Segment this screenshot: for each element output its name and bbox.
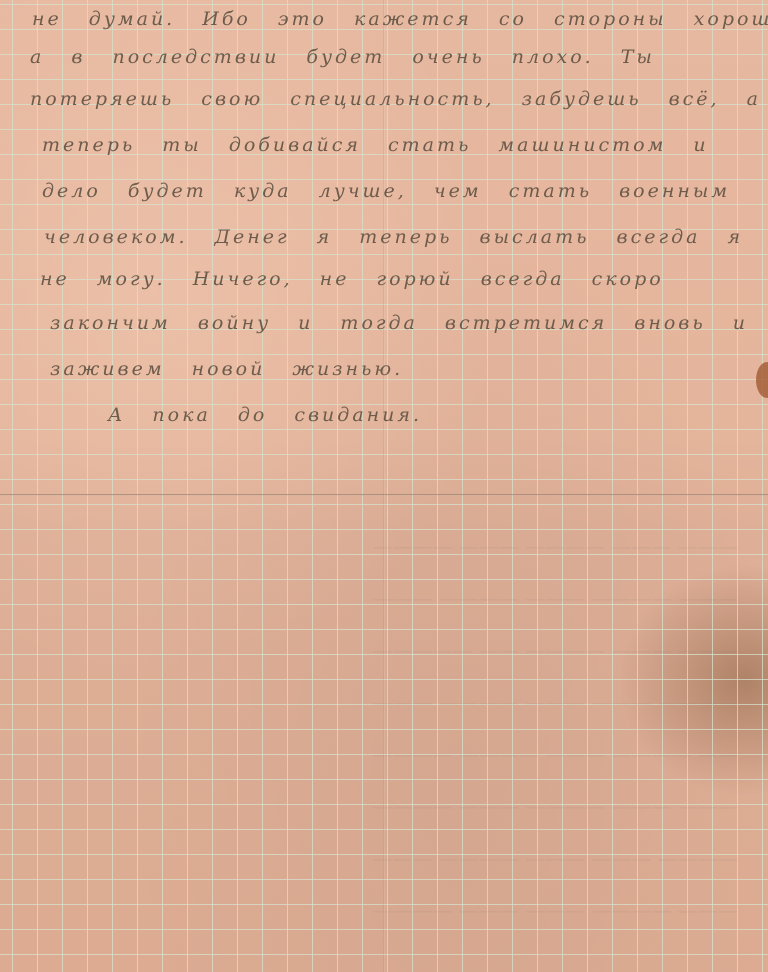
text-line-9: заживем новой жизнью.	[50, 358, 403, 380]
text-line-6: человеком. Денег я теперь выслать всегда…	[44, 226, 743, 248]
text-line-8: закончим войну и тогда встретимся вновь …	[50, 312, 748, 334]
text-line-10: А пока до свидания.	[108, 404, 422, 426]
text-line-3: потеряешь свою специальность, забудешь в…	[30, 88, 761, 110]
text-line-5: дело будет куда лучше, чем стать военным	[42, 180, 730, 202]
text-line-7: не могу. Ничего, не горюй всегда скоро	[40, 268, 664, 290]
text-line-2: а в последствии будет очень плохо. Ты	[30, 46, 655, 68]
text-line-4: теперь ты добивайся стать машинистом и	[42, 134, 709, 156]
text-line-1: не думай. Ибо это кажется со стороны хор…	[32, 8, 768, 30]
letter-page: ——— ——— ———— ——— ———— ——— ———— ——— ———— …	[0, 0, 768, 972]
